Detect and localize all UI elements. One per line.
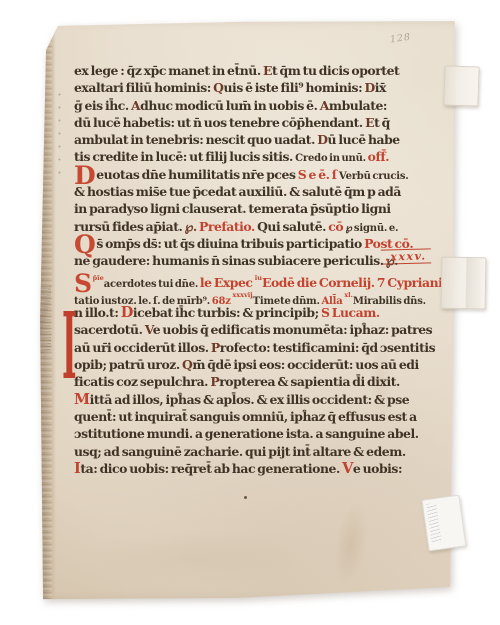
text-segment: ta: dico uobis: req̄ret̄ ab hac generati… (80, 461, 342, 476)
text-segment: ex lege : q̄z xp̄c manet in et̄nū. (74, 63, 263, 78)
parchment-tab-top (443, 65, 479, 106)
text-segment: m̄ q̄dē ipsi eos: occiderūt: uos aū edi (192, 357, 418, 372)
manuscript-line: exaltari filiū hominis: Quis ē iste fili… (74, 79, 422, 96)
text-segment: cō (328, 219, 345, 234)
text-segment: opib; patrū uroz. (74, 357, 182, 372)
manuscript-line: n illo.t: Dicebat ih̄c turbis: & princip… (74, 304, 422, 321)
folio-number: 128 (389, 32, 411, 46)
text-segment: Q (213, 80, 223, 95)
manuscript-leaf: 128 .xxxv. I ex lege : q̄z xp̄c manet in… (38, 20, 462, 602)
manuscript-line: ambulat in tenebris: nescit quo uadat. D… (74, 131, 422, 148)
text-segment: & hostias mis̄e tue p̄cedat auxiliū. & s… (74, 184, 401, 199)
text-segment: E (365, 115, 374, 130)
text-segment: sacerdotū. (74, 322, 145, 337)
label-sticker (422, 495, 467, 552)
manuscript-line: ex lege : q̄z xp̄c manet in et̄nū. Et q̄… (74, 62, 422, 79)
text-segment: dū lucē habetis: ut n̄ uos tenebre cōp̄h… (74, 115, 365, 130)
text-segment: ḡ eis ih̄c. (74, 98, 131, 113)
text-segment: Post cō. (364, 236, 413, 251)
photograph-background: 128 .xxxv. I ex lege : q̄z xp̄c manet in… (0, 0, 500, 625)
parchment-page: 128 .xxxv. I ex lege : q̄z xp̄c manet in… (38, 20, 462, 602)
text-segment: ɔstitutione mundi. a generatione ista. a… (74, 426, 419, 441)
text-segment: V (342, 460, 353, 477)
text-segment: Credo in unū. (295, 153, 367, 164)
text-segment: n illo.t: (74, 305, 121, 320)
text-segment: ambulat in tenebris: nescit quo uadat. (74, 132, 317, 147)
text-segment: P (211, 340, 220, 355)
manuscript-line: tatio iustoz. le. ſ. de mīrb⁹. 68z xxxvi… (74, 287, 422, 304)
manuscript-line: aū ur̄i occiderūt illos. Profecto: testi… (74, 339, 422, 356)
manuscript-line: opib; patrū uroz. Qm̄ q̄dē ipsi eos: occ… (74, 356, 422, 373)
text-segment: uis ē iste fili⁹ hominis: (224, 80, 365, 95)
manuscript-line: rursū fides ap̄iat. ℘. Prefatio. Qui sal… (74, 218, 422, 235)
text-segment: M (74, 391, 90, 408)
text-segment: ℘ signū. e. (345, 223, 398, 234)
text-segment: D (364, 80, 374, 95)
text-segment: A (131, 98, 140, 113)
text-segment: A (320, 98, 329, 113)
prick-marks (58, 88, 61, 180)
manuscript-line: ne gaudere: humanis n̄ sinas subiacere p… (74, 252, 422, 269)
manuscript-line: Ita: dico uobis: req̄ret̄ ab hac generat… (74, 460, 422, 477)
spine-handwriting (40, 285, 51, 352)
text-segment: exaltari filiū hominis: (74, 80, 213, 95)
text-segment: Verbū crucis. (339, 171, 409, 182)
text-segment: ix̄ (375, 80, 386, 95)
ink-spot (244, 496, 247, 499)
text-segment: ficatis coz sepulchra. (74, 374, 210, 389)
text-segment: e uobis: (353, 461, 402, 476)
manuscript-line: & hostias mis̄e tue p̄cedat auxiliū. & s… (74, 183, 422, 200)
text-segment: ne gaudere: humanis n̄ sinas subiacere p… (74, 253, 386, 268)
sticker-scribble (426, 503, 441, 544)
parchment-tab-middle (441, 257, 487, 310)
stain (88, 518, 348, 598)
text-segment: Q (182, 357, 192, 372)
text-segment: t q̄m tu dicis oportet (272, 63, 399, 78)
text-segment: euotas dn̄e humilitatis nr̄e pces (96, 167, 298, 182)
text-segment: D (317, 132, 327, 147)
manuscript-line: Deuotas dn̄e humilitatis nr̄e pces S e ē… (74, 166, 422, 183)
text-segment: Q (74, 230, 95, 259)
manuscript-line: ɔstitutione mundi. a generatione ista. a… (74, 425, 422, 442)
text-segment: Qui salutē. (257, 219, 328, 234)
text-segment: Prefatio. (199, 219, 257, 234)
text-segment: mbulate: (329, 98, 387, 113)
text-segment: D (121, 304, 133, 321)
text-segment: t q̄ (374, 115, 390, 130)
text-segment: dhuc modicū lum̄ in uobis ē. (140, 98, 320, 113)
manuscript-line: dū lucē habetis: ut n̄ uos tenebre cōp̄h… (74, 114, 422, 131)
text-segment: quent̄: ut inquirat̄ sanguis omniū, ipĥa… (74, 409, 417, 424)
manuscript-line: sacerdotū. Ve uobis q̄ edificatis monumē… (74, 321, 422, 338)
manuscript-line: usq; ad sanguinē zacharie. qui pijt int̄… (74, 443, 422, 460)
manuscript-line: Qs̄ omp̄s ds̄: ut q̄s diuina tribuis par… (74, 235, 422, 252)
manuscript-line: tis credite in lucē: ut filij lucis siti… (74, 148, 422, 165)
text-segment: xl. (344, 291, 353, 299)
text-block: ex lege : q̄z xp̄c manet in et̄nū. Et q̄… (74, 62, 422, 477)
text-segment: ū lucē habe (328, 132, 400, 147)
text-segment: V (145, 322, 153, 337)
text-segment: ℘. (386, 253, 398, 268)
text-segment: s̄ omp̄s ds̄: ut q̄s diuina tribuis part… (96, 236, 364, 251)
text-segment: ĩu (255, 274, 262, 282)
text-segment: usq; ad sanguinē zacharie. qui pijt int̄… (74, 444, 406, 459)
text-segment: aū ur̄i occiderūt illos. (74, 340, 211, 355)
text-segment: D (74, 161, 95, 190)
text-segment: P (210, 374, 219, 389)
text-segment: ℘. (185, 219, 199, 234)
manuscript-line: Sp̄ĩeacerdotes tui dn̄e. le Expec ĩuEodē… (74, 270, 422, 287)
manuscript-line: quent̄: ut inquirat̄ sanguis omniū, ipĥa… (74, 408, 422, 425)
text-segment: rofecto: testificamini: q̄d ɔsentitis (220, 340, 435, 355)
text-segment: S (74, 269, 92, 298)
text-segment: off̄. (368, 149, 389, 164)
text-segment: e uobis q̄ edificatis monumēta: ipĥaz: p… (153, 322, 432, 337)
manuscript-line: ficatis coz sepulchra. Propterea & sapie… (74, 373, 422, 390)
text-segment: S e ē. ſ (298, 167, 339, 182)
text-segment: E (263, 63, 272, 78)
manuscript-line: ḡ eis ih̄c. Adhuc modicū lum̄ in uobis ē… (74, 97, 422, 114)
text-segment: p̄ĩe (93, 274, 104, 282)
text-segment: tis credite in lucē: ut filij lucis siti… (74, 149, 295, 164)
text-segment: xxxvij (232, 291, 252, 299)
text-segment: S Lucam. (321, 305, 380, 320)
text-segment: in paradyso ligni clauserat. temerata p̄… (74, 201, 391, 216)
text-segment: icebat ih̄c turbis: & principib; (133, 305, 321, 320)
text-segment: ittā ad illos, ipĥas & apl̄os. & ex illi… (90, 392, 410, 407)
text-segment: ropterea & sapientia d̄i dixit. (219, 374, 400, 389)
manuscript-line: in paradyso ligni clauserat. temerata p̄… (74, 200, 422, 217)
manuscript-line: Mittā ad illos, ipĥas & apl̄os. & ex ill… (74, 391, 422, 408)
